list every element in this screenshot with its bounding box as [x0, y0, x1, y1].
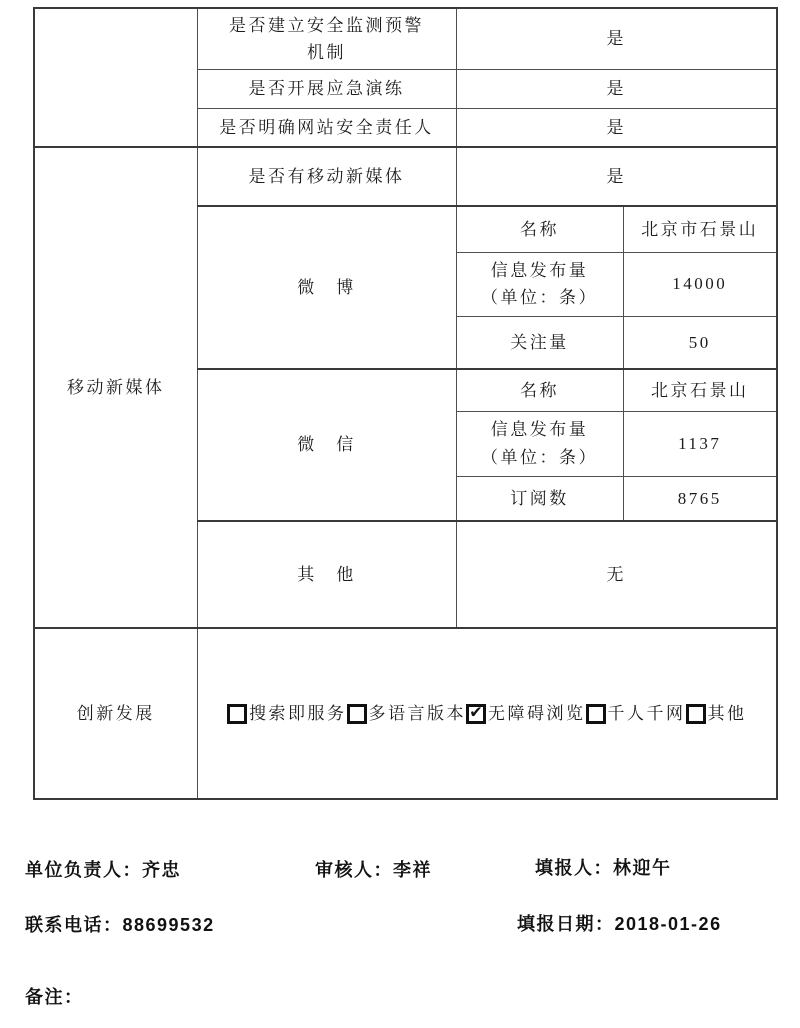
- checkbox-label: 搜索即服务: [249, 700, 347, 727]
- has-mobile-media-label: 是否有移动新媒体: [197, 147, 456, 206]
- weibo-name-value: 北京市石景山: [623, 206, 777, 252]
- weixin-name-value: 北京石景山: [623, 369, 777, 411]
- weibo-followers-label: 关注量: [456, 316, 623, 369]
- checkbox-label: 多语言版本: [369, 700, 467, 727]
- innovation-section-label: 创新发展: [34, 628, 197, 799]
- other-media-label: 其 他: [197, 521, 456, 628]
- annual-report-table: 是否建立安全监测预警 机制 是 是否开展应急演练 是 是否明确网站安全责任人 是…: [33, 7, 778, 800]
- weibo-posts-label: 信息发布量 （单位：条）: [456, 252, 623, 316]
- checkbox-search-as-service: 搜索即服务: [227, 700, 347, 727]
- weibo-name-label: 名称: [456, 206, 623, 252]
- checkbox-icon: [586, 704, 606, 724]
- security-row-value: 是: [456, 69, 777, 108]
- security-row-label: 是否明确网站安全责任人: [197, 108, 456, 147]
- weixin-subscribers-value: 8765: [623, 476, 777, 521]
- security-section-cell-empty: [34, 8, 197, 147]
- checkbox-label: 其他: [708, 700, 747, 727]
- security-row-label: 是否开展应急演练: [197, 69, 456, 108]
- contact-phone: 联系电话：88699532: [25, 911, 215, 937]
- reviewer-signature: 审核人：李祥: [315, 856, 432, 882]
- mobile-media-section-label: 移动新媒体: [34, 147, 197, 628]
- has-mobile-media-value: 是: [456, 147, 777, 206]
- security-row-value: 是: [456, 8, 777, 69]
- innovation-options: 搜索即服务 多语言版本 无障碍浏览 千人千网: [198, 700, 777, 727]
- checkbox-checked-icon: [466, 704, 486, 724]
- security-row-value: 是: [456, 108, 777, 147]
- other-media-value: 无: [456, 521, 777, 628]
- checkbox-thousand-sites: 千人千网: [586, 700, 686, 727]
- checkbox-label: 千人千网: [608, 700, 686, 727]
- weibo-followers-value: 50: [623, 316, 777, 369]
- filing-date: 填报日期：2018-01-26: [517, 910, 722, 936]
- weixin-group-label: 微 信: [197, 369, 456, 521]
- filler-signature: 填报人：林迎午: [535, 854, 672, 880]
- weibo-group-label: 微 博: [197, 206, 456, 369]
- weixin-name-label: 名称: [456, 369, 623, 411]
- checkbox-icon: [686, 704, 706, 724]
- weixin-posts-value: 1137: [623, 411, 777, 476]
- unit-head-signature: 单位负责人：齐忠: [25, 856, 181, 882]
- checkbox-icon: [227, 704, 247, 724]
- innovation-options-cell: 搜索即服务 多语言版本 无障碍浏览 千人千网: [197, 628, 777, 799]
- weixin-posts-label: 信息发布量 （单位：条）: [456, 411, 623, 476]
- checkbox-label: 无障碍浏览: [488, 700, 586, 727]
- checkbox-other: 其他: [686, 700, 747, 727]
- checkbox-multilingual: 多语言版本: [347, 700, 467, 727]
- remarks-label: 备注：: [25, 983, 84, 1009]
- checkbox-accessibility: 无障碍浏览: [466, 700, 586, 727]
- security-row-label: 是否建立安全监测预警 机制: [197, 8, 456, 69]
- weibo-posts-value: 14000: [623, 252, 777, 316]
- report-page: 是否建立安全监测预警 机制 是 是否开展应急演练 是 是否明确网站安全责任人 是…: [0, 0, 800, 1028]
- checkbox-icon: [347, 704, 367, 724]
- weixin-subscribers-label: 订阅数: [456, 476, 623, 521]
